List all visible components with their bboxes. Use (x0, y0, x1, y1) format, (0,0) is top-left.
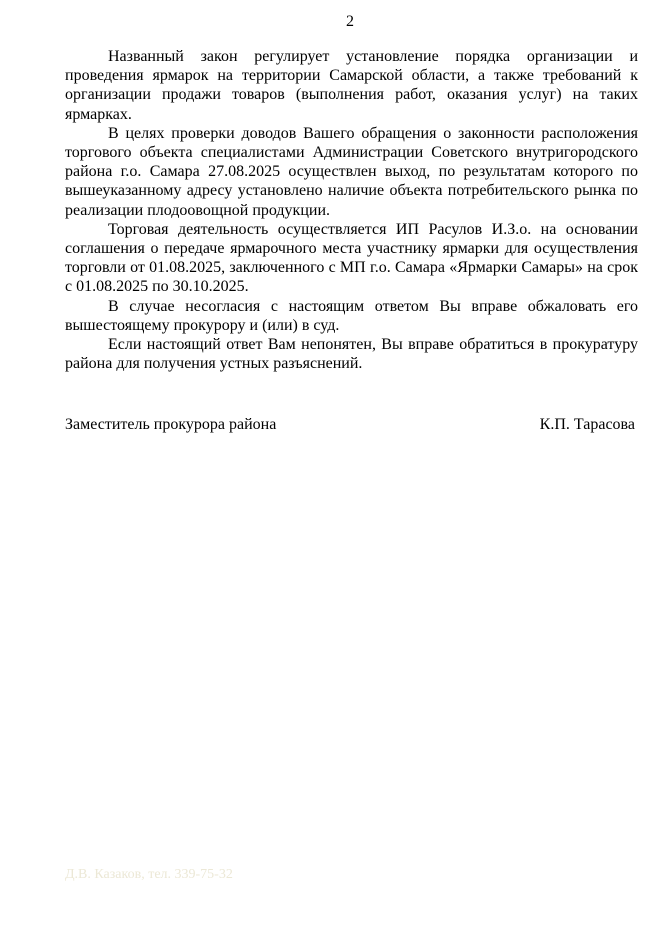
signatory-name: К.П. Тарасова (540, 415, 635, 435)
page-number: 2 (0, 12, 672, 32)
letter-body: Названный закон регулирует установление … (65, 47, 638, 373)
executor-contact: Д.В. Казаков, тел. 339-75-32 (65, 866, 233, 884)
paragraph-appeal-rights: В случае несогласия с настоящим ответом … (65, 297, 638, 335)
paragraph-inspection: В целях проверки доводов Вашего обращени… (65, 124, 638, 220)
paragraph-clarification: Если настоящий ответ Вам непонятен, Вы в… (65, 335, 638, 373)
signature-block: Заместитель прокурора района К.П. Тарасо… (65, 415, 635, 435)
paragraph-trade-activity: Торговая деятельность осуществляется ИП … (65, 220, 638, 297)
signatory-position: Заместитель прокурора района (65, 415, 276, 435)
paragraph-law-description: Названный закон регулирует установление … (65, 47, 638, 124)
